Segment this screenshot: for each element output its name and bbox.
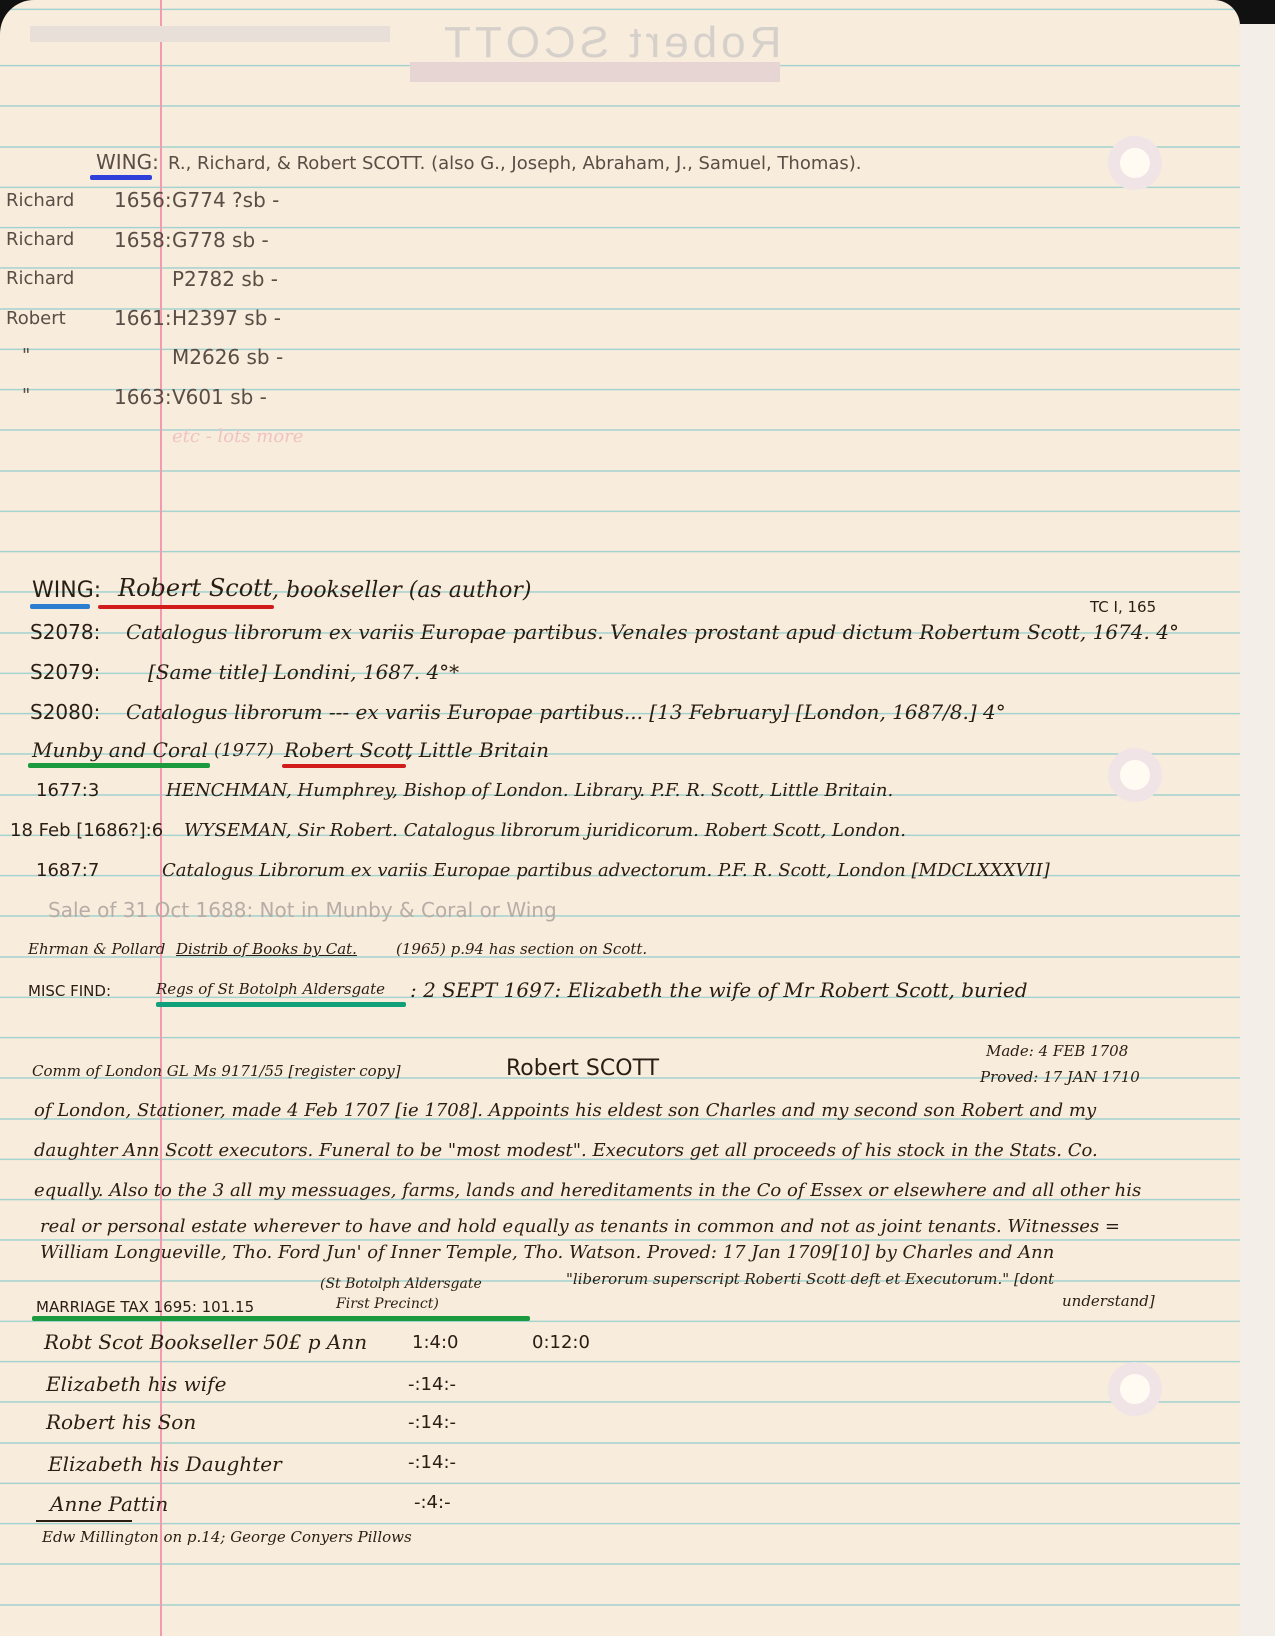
next-page-edge bbox=[1240, 24, 1275, 1636]
bleed-through-title: Robert SCOTT bbox=[440, 18, 781, 68]
wing-year: 1663: bbox=[114, 385, 172, 409]
blue-highlight bbox=[90, 175, 152, 180]
sale-text: HENCHMAN, Humphrey, Bishop of London. Li… bbox=[166, 780, 893, 801]
misc-find-source: Regs of St Botolph Aldersgate bbox=[156, 980, 385, 998]
tax-amount: -:14:- bbox=[408, 1412, 456, 1433]
will-text-line: of London, Stationer, made 4 Feb 1707 [i… bbox=[34, 1100, 1096, 1121]
tc-reference: TC I, 165 bbox=[1090, 598, 1156, 616]
will-text-line: equally. Also to the 3 all my messuages,… bbox=[34, 1180, 1141, 1201]
wing-entry-id: S2080: bbox=[30, 700, 100, 724]
wing-name: Richard bbox=[6, 268, 74, 289]
wing-ref: M2626 sb - bbox=[172, 345, 283, 369]
notebook-page: Robert SCOTT WING: R., Richard, & Robert… bbox=[0, 0, 1240, 1636]
ehrman-pollard-note: (1965) p.94 has section on Scott. bbox=[396, 940, 647, 958]
wing-name: " bbox=[22, 385, 30, 406]
green-highlight bbox=[28, 763, 210, 768]
tax-amount: -:4:- bbox=[414, 1492, 451, 1513]
tax-amount: 1:4:0 bbox=[412, 1332, 459, 1353]
wing-name: Richard bbox=[6, 190, 74, 211]
section2-name: Robert Scott bbox=[118, 574, 272, 602]
will-proved-date: Proved: 17 JAN 1710 bbox=[980, 1068, 1140, 1086]
wing-ref: G778 sb - bbox=[172, 228, 269, 252]
ink-underline bbox=[36, 1520, 132, 1522]
wing-year: 1658: bbox=[114, 228, 172, 252]
binder-hole bbox=[1108, 1362, 1162, 1416]
wing-entry-text: Catalogus librorum --- ex variis Europae… bbox=[126, 700, 1006, 724]
wing-ref: V601 sb - bbox=[172, 385, 267, 409]
bleed-through-underline bbox=[410, 62, 780, 82]
wing-ref: H2397 sb - bbox=[172, 306, 281, 330]
wing-name: Robert bbox=[6, 308, 66, 329]
ehrman-pollard-authors: Ehrman & Pollard bbox=[28, 940, 165, 958]
sale-text: WYSEMAN, Sir Robert. Catalogus librorum … bbox=[184, 820, 906, 841]
binder-hole bbox=[1108, 748, 1162, 802]
misc-find-label: MISC FIND: bbox=[28, 982, 111, 1000]
will-quote: "liberorum superscript Roberti Scott def… bbox=[566, 1270, 1054, 1288]
wing-entry-text: [Same title] Londini, 1687. 4°* bbox=[148, 660, 459, 684]
will-quote-cont: understand] bbox=[1062, 1292, 1155, 1310]
sale-ref: 1687:7 bbox=[36, 860, 99, 881]
munby-coral-place: , Little Britain bbox=[406, 738, 549, 762]
tax-person: Elizabeth his wife bbox=[46, 1372, 226, 1396]
wing-ref: G774 ?sb - bbox=[172, 188, 279, 212]
marriage-tax-parish: (St Botolph Aldersgate bbox=[320, 1276, 482, 1292]
sale-ref: 18 Feb [1686?]:6 bbox=[10, 820, 163, 841]
tax-amount: -:14:- bbox=[408, 1374, 456, 1395]
munby-coral-name: Robert Scott bbox=[284, 738, 413, 762]
wing-entry-text: Catalogus librorum ex variis Europae par… bbox=[126, 620, 1179, 644]
wing-name: Richard bbox=[6, 229, 74, 250]
will-source: Comm of London GL Ms 9171/55 [register c… bbox=[32, 1062, 401, 1080]
green-highlight bbox=[32, 1316, 530, 1321]
wing-year: 1661: bbox=[114, 306, 172, 330]
wing-note: etc - lots more bbox=[172, 426, 303, 447]
marriage-tax-precinct: First Precinct) bbox=[336, 1296, 439, 1312]
will-text-line: daughter Ann Scott executors. Funeral to… bbox=[34, 1140, 1098, 1161]
tax-amount: -:14:- bbox=[408, 1452, 456, 1473]
munby-coral-source: Munby and Coral bbox=[32, 738, 208, 762]
wing-entry-id: S2079: bbox=[30, 660, 100, 684]
tax-person: Robt Scot Bookseller 50£ p Ann bbox=[44, 1330, 367, 1354]
munby-coral-year: (1977) bbox=[214, 740, 274, 761]
marriage-tax-heading: MARRIAGE TAX 1695: 101.15 bbox=[36, 1298, 254, 1316]
section2-rest: , bookseller (as author) bbox=[272, 578, 531, 603]
section2-heading: WING: bbox=[32, 578, 101, 603]
tax-person: Elizabeth his Daughter bbox=[48, 1452, 282, 1476]
wing-year: 1656: bbox=[114, 188, 172, 212]
wing-entry-id: S2078: bbox=[30, 620, 100, 644]
red-underline bbox=[98, 605, 274, 609]
will-made-date: Made: 4 FEB 1708 bbox=[986, 1042, 1128, 1060]
misc-find-text: : 2 SEPT 1697: Elizabeth the wife of Mr … bbox=[410, 978, 1028, 1002]
pencil-note: Sale of 31 Oct 1688: Not in Munby & Cora… bbox=[48, 898, 557, 922]
section1-heading: WING: bbox=[96, 150, 159, 174]
wing-name: " bbox=[22, 345, 30, 366]
red-underline bbox=[282, 764, 406, 768]
will-text-line: real or personal estate wherever to have… bbox=[40, 1216, 1120, 1237]
binder-hole bbox=[1108, 136, 1162, 190]
tax-person: Robert his Son bbox=[46, 1410, 196, 1434]
wing-ref: P2782 sb - bbox=[172, 267, 278, 291]
tax-person: Anne Pattin bbox=[50, 1492, 168, 1516]
ehrman-pollard-title: Distrib of Books by Cat. bbox=[176, 940, 357, 958]
section1-heading-rest: R., Richard, & Robert SCOTT. (also G., J… bbox=[168, 153, 862, 174]
teal-highlight bbox=[156, 1002, 406, 1007]
bleed-through-text bbox=[30, 26, 390, 42]
tax-amount-extra: 0:12:0 bbox=[532, 1332, 590, 1353]
will-text-line: William Longueville, Tho. Ford Jun' of I… bbox=[40, 1242, 1054, 1263]
sale-ref: 1677:3 bbox=[36, 780, 99, 801]
blue-highlight bbox=[30, 604, 90, 609]
sale-text: Catalogus Librorum ex variis Europae par… bbox=[162, 860, 1050, 881]
tax-footer-note: Edw Millington on p.14; George Conyers P… bbox=[42, 1528, 412, 1546]
will-title: Robert SCOTT bbox=[506, 1056, 659, 1081]
